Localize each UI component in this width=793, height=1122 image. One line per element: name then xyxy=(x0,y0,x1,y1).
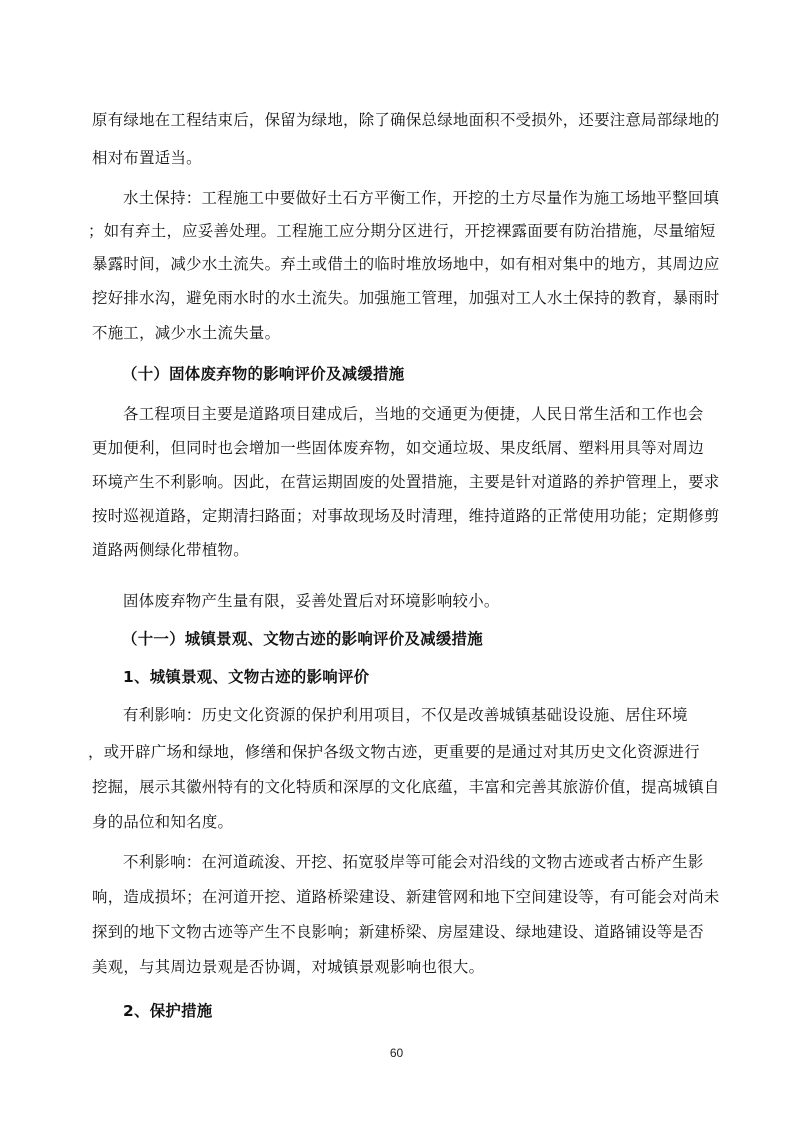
document-page: 原有绿地在工程结束后，保留为绿地，除了确保总绿地面积不受损外，还要注意局部绿地的… xyxy=(0,0,793,1122)
paragraph-line: 道路两侧绿化带植物。 xyxy=(92,540,249,560)
paragraph-line: 不施工，减少水土流失量。 xyxy=(92,323,280,343)
paragraph-line: 身的品位和知名度。 xyxy=(92,812,233,832)
paragraph-line: 有利影响：历史文化资源的保护利用项目，不仅是改善城镇基础设设施、居住环境 xyxy=(123,705,688,725)
paragraph-line: 美观，与其周边景观是否协调，对城镇景观影响也很大。 xyxy=(92,957,484,977)
paragraph-line: 暴露时间，减少水土流失。弃土或借土的临时堆放场地中，如有相对集中的地方，其周边应 xyxy=(92,254,720,274)
section-heading: （十一）城镇景观、文物古迹的影响评价及减缓措施 xyxy=(122,629,483,649)
paragraph-line: 响，造成损坏；在河道开挖、道路桥梁建设、新建管网和地下空间建设等，有可能会对尚未 xyxy=(92,887,720,907)
paragraph-line: 原有绿地在工程结束后，保留为绿地，除了确保总绿地面积不受损外，还要注意局部绿地的 xyxy=(92,110,720,130)
paragraph-line: 探到的地下文物古迹等产生不良影响；新建桥梁、房屋建设、绿地建设、道路铺设等是否 xyxy=(92,922,704,942)
paragraph-line: 各工程项目主要是道路项目建成后，当地的交通更为便捷，人民日常生活和工作也会 xyxy=(123,404,704,424)
paragraph-line: 不利影响：在河道疏浚、开挖、拓宽驳岸等可能会对沿线的文物古迹或者古桥产生影 xyxy=(123,852,704,872)
paragraph-line: ，或开辟广场和绿地，修缮和保护各级文物古迹，更重要的是通过对其历史文化资源进行 xyxy=(88,742,700,762)
paragraph-line: 相对布置适当。 xyxy=(92,148,202,168)
section-heading: （十）固体废弃物的影响评价及减缓措施 xyxy=(122,364,404,384)
subsection-heading: 1、城镇景观、文物古迹的影响评价 xyxy=(123,667,369,687)
paragraph-line: 挖掘，展示其徽州特有的文化特质和深厚的文化底蕴，丰富和完善其旅游价值，提高城镇自 xyxy=(92,777,720,797)
paragraph-line: 水土保持：工程施工中要做好土石方平衡工作，开挖的土方尽量作为施工场地平整回填 xyxy=(123,188,719,208)
paragraph-line: 环境产生不利影响。因此，在营运期固废的处置措施，主要是针对道路的养护管理上，要求 xyxy=(92,472,720,492)
paragraph-line: ；如有弃土，应妥善处理。工程施工应分期分区进行，开挖裸露面要有防治措施，尽量缩短 xyxy=(88,221,716,241)
paragraph-line: 按时巡视道路，定期清扫路面；对事故现场及时清理，维持道路的正常使用功能；定期修剪 xyxy=(92,506,720,526)
paragraph-line: 挖好排水沟，避免雨水时的水土流失。加强施工管理，加强对工人水土保持的教育，暴雨时 xyxy=(92,288,720,308)
paragraph-line: 更加便利，但同时也会增加一些固体废弃物，如交通垃圾、果皮纸屑、塑料用具等对周边 xyxy=(92,438,704,458)
subsection-heading: 2、保护措施 xyxy=(123,1001,212,1021)
page-number: 60 xyxy=(0,1046,793,1060)
paragraph-line: 固体废弃物产生量有限，妥善处置后对环境影响较小。 xyxy=(123,591,500,611)
